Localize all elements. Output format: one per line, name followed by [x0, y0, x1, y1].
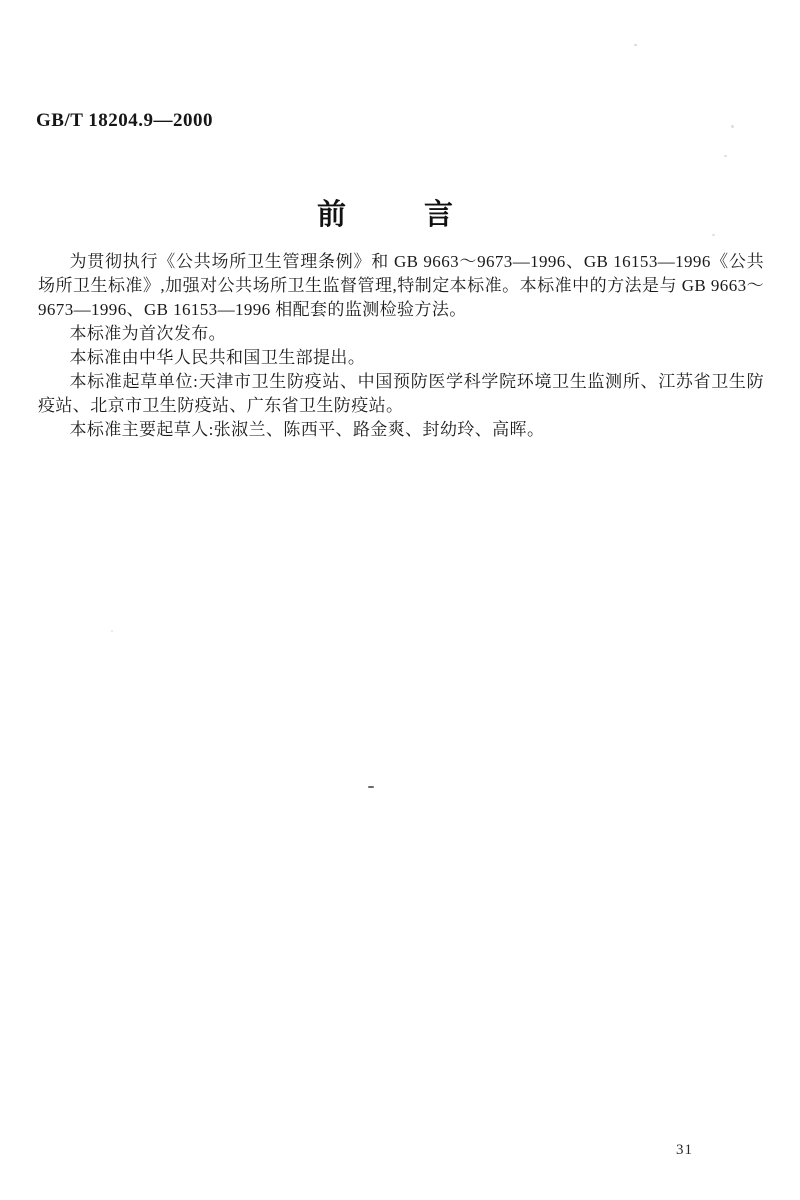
paragraph-proposed-by: 本标准由中华人民共和国卫生部提出。 — [38, 346, 764, 370]
title-char-left: 前 — [317, 192, 346, 233]
paragraph-first-issue: 本标准为首次发布。 — [38, 322, 764, 346]
scan-speck — [634, 44, 637, 46]
scan-artifact-dash — [368, 786, 374, 788]
title-char-right: 言 — [424, 192, 453, 233]
scan-speck — [724, 155, 727, 157]
scan-speck — [712, 234, 715, 236]
scanned-document-page: GB/T 18204.9—2000 前 言 为贯彻执行《公共场所卫生管理条例》和… — [0, 0, 800, 1200]
page-title: 前 言 — [0, 192, 770, 233]
standard-number: GB/T 18204.9—2000 — [36, 110, 213, 132]
paragraph-main-drafters: 本标准主要起草人:张淑兰、陈西平、路金爽、封幼玲、高晖。 — [38, 418, 764, 442]
paragraph-drafting-organizations: 本标准起草单位:天津市卫生防疫站、中国预防医学科学院环境卫生监测所、江苏省卫生防… — [38, 370, 764, 418]
page-number: 31 — [676, 1142, 693, 1159]
paragraph-purpose: 为贯彻执行《公共场所卫生管理条例》和 GB 9663～9673—1996、GB … — [38, 250, 764, 322]
scan-speck — [731, 125, 734, 128]
scan-speck — [111, 630, 113, 632]
foreword-body: 为贯彻执行《公共场所卫生管理条例》和 GB 9663～9673—1996、GB … — [38, 250, 764, 442]
